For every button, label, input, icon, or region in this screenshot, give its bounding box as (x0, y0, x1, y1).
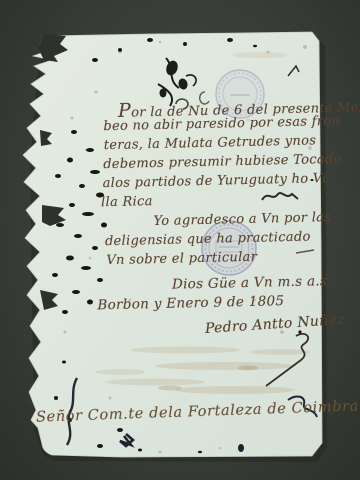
paper-artwork (0, 0, 360, 480)
manuscript-photo: Por la de Nu de 6 del presente Mes beo n… (0, 0, 360, 480)
archive-stamp-middle (202, 221, 256, 275)
paper-sheet (23, 32, 322, 457)
archive-stamp-top (216, 70, 264, 118)
